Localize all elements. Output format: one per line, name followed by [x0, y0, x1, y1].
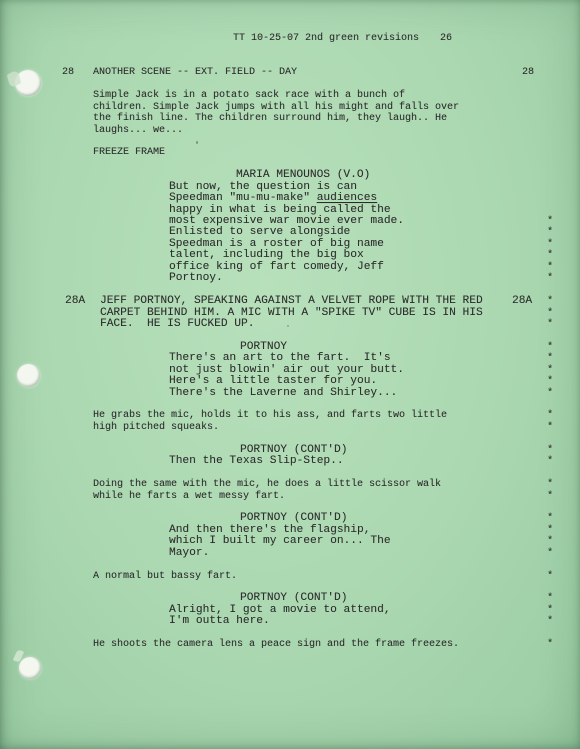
revision-asterisk: * — [547, 456, 553, 467]
revision-asterisk: * — [547, 513, 553, 524]
text-segment: Portnoy. — [169, 272, 223, 284]
script-line: office king of fart comedy, Jeff * — [62, 262, 574, 273]
script-page: TT 10-25-07 2nd green revisions 26 28 AN… — [0, 0, 580, 749]
text-segment: office king of fart comedy, Jeff — [169, 261, 384, 273]
script-text: Simple Jack is in a potato sack race wit… — [93, 90, 405, 101]
script-text: He grabs the mic, holds it to his ass, a… — [93, 410, 447, 421]
text-segment: TT 10-25-07 2nd green revisions — [233, 33, 419, 44]
revision-asterisk: * — [547, 571, 553, 582]
text-segment: PORTNOY (CONT'D) — [240, 444, 347, 456]
script-text: Doing the same with the mic, he does a l… — [93, 479, 441, 490]
text-segment: Alright, I got a movie to attend, — [169, 604, 391, 616]
text-segment: CARPET BEHIND HIM. A MIC WITH A "SPIKE T… — [100, 307, 483, 319]
revision-asterisk: * — [547, 479, 553, 490]
script-line: the finish line. The children surround h… — [62, 113, 574, 124]
revision-asterisk: * — [547, 525, 553, 536]
revision-asterisk: * — [547, 308, 553, 319]
script-line: TT 10-25-07 2nd green revisions 26 — [62, 33, 574, 44]
revision-asterisk: * — [547, 365, 553, 376]
text-segment: I'm outta here. — [169, 615, 270, 627]
text-segment: most expensive war movie ever made. — [169, 215, 404, 227]
punch-hole-top — [15, 70, 41, 96]
script-line: children. Simple Jack jumps with all his… — [62, 102, 574, 113]
text-segment: children. Simple Jack jumps with all his… — [93, 102, 459, 113]
script-line: FREEZE FRAME — [62, 147, 574, 158]
text-segment: FREEZE FRAME — [93, 147, 165, 158]
revision-asterisk: * — [547, 548, 553, 559]
text-segment: JEFF PORTNOY, SPEAKING AGAINST A VELVET … — [100, 295, 483, 307]
text-segment: PORTNOY — [240, 341, 287, 353]
text-segment: the finish line. The children surround h… — [93, 113, 447, 124]
script-text: the finish line. The children surround h… — [93, 113, 447, 124]
text-segment: while he farts a wet messy fart. — [93, 491, 285, 502]
text-segment: not just blowin' air out your butt. — [169, 364, 404, 376]
revision-asterisk: * — [547, 376, 553, 387]
scene-number-right: 28 — [522, 67, 534, 78]
text-segment: But now, the question is can — [169, 181, 357, 193]
script-line: A normal but bassy fart. * — [62, 571, 574, 582]
scene-number-right: 26 — [440, 33, 452, 44]
script-line — [62, 559, 574, 570]
script-text: Mayor. — [169, 548, 209, 559]
script-line: I'm outta here. * — [62, 616, 574, 627]
script-text: A normal but bassy fart. — [93, 571, 237, 582]
revision-asterisk: * — [547, 227, 553, 238]
text-segment: Then the Texas Slip-Step.. — [169, 455, 344, 467]
text-segment: Speedman is a roster of big name — [169, 238, 384, 250]
script-line: FACE. HE IS FUCKED UP. * — [62, 319, 574, 330]
script-line: Then the Texas Slip-Step.. * — [62, 456, 574, 467]
script-line: There's the Laverne and Shirley... * — [62, 388, 574, 399]
revision-asterisk: * — [547, 410, 553, 421]
revision-asterisk: * — [547, 239, 553, 250]
script-line — [62, 56, 574, 67]
text-segment: ANOTHER SCENE -- EXT. FIELD -- DAY — [93, 67, 297, 78]
script-text: TT 10-25-07 2nd green revisions — [233, 33, 419, 44]
text-segment: talent, including the big box — [169, 249, 364, 261]
revision-asterisk: * — [547, 273, 553, 284]
script-line — [62, 628, 574, 639]
script-line: He shoots the camera lens a peace sign a… — [62, 639, 574, 650]
script-line — [62, 399, 574, 410]
script-text: FREEZE FRAME — [93, 147, 165, 158]
revision-asterisk: * — [547, 216, 553, 227]
script-text-block: TT 10-25-07 2nd green revisions 26 28 AN… — [62, 33, 574, 651]
script-text: while he farts a wet messy fart. — [93, 491, 285, 502]
revision-asterisk: * — [547, 353, 553, 364]
revision-asterisk: * — [547, 639, 553, 650]
script-line: Mayor. * — [62, 548, 574, 559]
text-segment: And then there's the flagship, — [169, 524, 370, 536]
underlined-text: audiences — [317, 192, 377, 204]
scene-number-left: 28A — [65, 296, 85, 307]
script-line: Portnoy. * — [62, 273, 574, 284]
revision-asterisk: * — [547, 319, 553, 330]
text-segment: Simple Jack is in a potato sack race wit… — [93, 90, 405, 101]
text-segment: FACE. HE IS FUCKED UP. — [100, 318, 254, 330]
text-segment: A normal but bassy fart. — [93, 571, 237, 582]
script-line — [62, 44, 574, 55]
text-segment: happy in what is being called the — [169, 204, 391, 216]
script-line — [62, 136, 574, 147]
text-segment: He shoots the camera lens a peace sign a… — [93, 639, 459, 650]
text-segment: laughs... we... — [93, 125, 183, 136]
script-line — [62, 468, 574, 479]
text-segment: There's an art to the fart. It's — [169, 352, 391, 364]
script-text: He shoots the camera lens a peace sign a… — [93, 639, 459, 650]
revision-asterisk: * — [547, 593, 553, 604]
script-text: high pitched squeaks. — [93, 422, 219, 433]
text-segment: which I built my career on... The — [169, 535, 391, 547]
revision-asterisk: * — [547, 536, 553, 547]
script-line: Doing the same with the mic, he does a l… — [62, 479, 574, 490]
script-line: 28 ANOTHER SCENE -- EXT. FIELD -- DAY 28 — [62, 67, 574, 78]
text-segment: Enlisted to serve alongside — [169, 226, 350, 238]
punch-hole-middle — [17, 364, 40, 387]
script-line — [62, 79, 574, 90]
scene-number-right: 28A — [512, 296, 532, 307]
text-segment: Here's a little taster for you. — [169, 375, 377, 387]
script-line: which I built my career on... The * — [62, 536, 574, 547]
script-line: Simple Jack is in a potato sack race wit… — [62, 90, 574, 101]
script-text: laughs... we... — [93, 125, 183, 136]
text-segment: PORTNOY (CONT'D) — [240, 592, 347, 604]
revision-asterisk: * — [547, 491, 553, 502]
script-text: Then the Texas Slip-Step.. — [169, 456, 344, 467]
text-segment: PORTNOY (CONT'D) — [240, 512, 347, 524]
text-segment: Speedman "mu-mu-make" — [169, 192, 317, 204]
revision-asterisk: * — [547, 342, 553, 353]
punch-hole-bottom — [19, 657, 41, 679]
script-line: laughs... we... — [62, 125, 574, 136]
script-line — [62, 330, 574, 341]
script-text: There's the Laverne and Shirley... — [169, 388, 397, 399]
script-line: while he farts a wet messy fart. * — [62, 491, 574, 502]
text-segment: MARIA MENOUNOS (V.O) — [236, 169, 370, 181]
text-segment: There's the Laverne and Shirley... — [169, 387, 397, 399]
script-line: high pitched squeaks. * — [62, 422, 574, 433]
revision-asterisk: * — [547, 445, 553, 456]
revision-asterisk: * — [547, 605, 553, 616]
text-segment: Mayor. — [169, 547, 209, 559]
script-line: He grabs the mic, holds it to his ass, a… — [62, 410, 574, 421]
script-text: FACE. HE IS FUCKED UP. — [100, 319, 254, 330]
script-text: I'm outta here. — [169, 616, 270, 627]
text-segment: Doing the same with the mic, he does a l… — [93, 479, 441, 490]
script-text: Portnoy. — [169, 273, 223, 284]
text-segment: He grabs the mic, holds it to his ass, a… — [93, 410, 447, 421]
revision-asterisk: * — [547, 422, 553, 433]
script-line: Alright, I got a movie to attend, * — [62, 605, 574, 616]
script-text: ANOTHER SCENE -- EXT. FIELD -- DAY — [93, 67, 297, 78]
scene-number-left: 28 — [62, 67, 74, 78]
revision-asterisk: * — [547, 296, 553, 307]
revision-asterisk: * — [547, 616, 553, 627]
revision-asterisk: * — [547, 262, 553, 273]
text-segment: high pitched squeaks. — [93, 422, 219, 433]
script-text: children. Simple Jack jumps with all his… — [93, 102, 459, 113]
revision-asterisk: * — [547, 250, 553, 261]
revision-asterisk: * — [547, 388, 553, 399]
